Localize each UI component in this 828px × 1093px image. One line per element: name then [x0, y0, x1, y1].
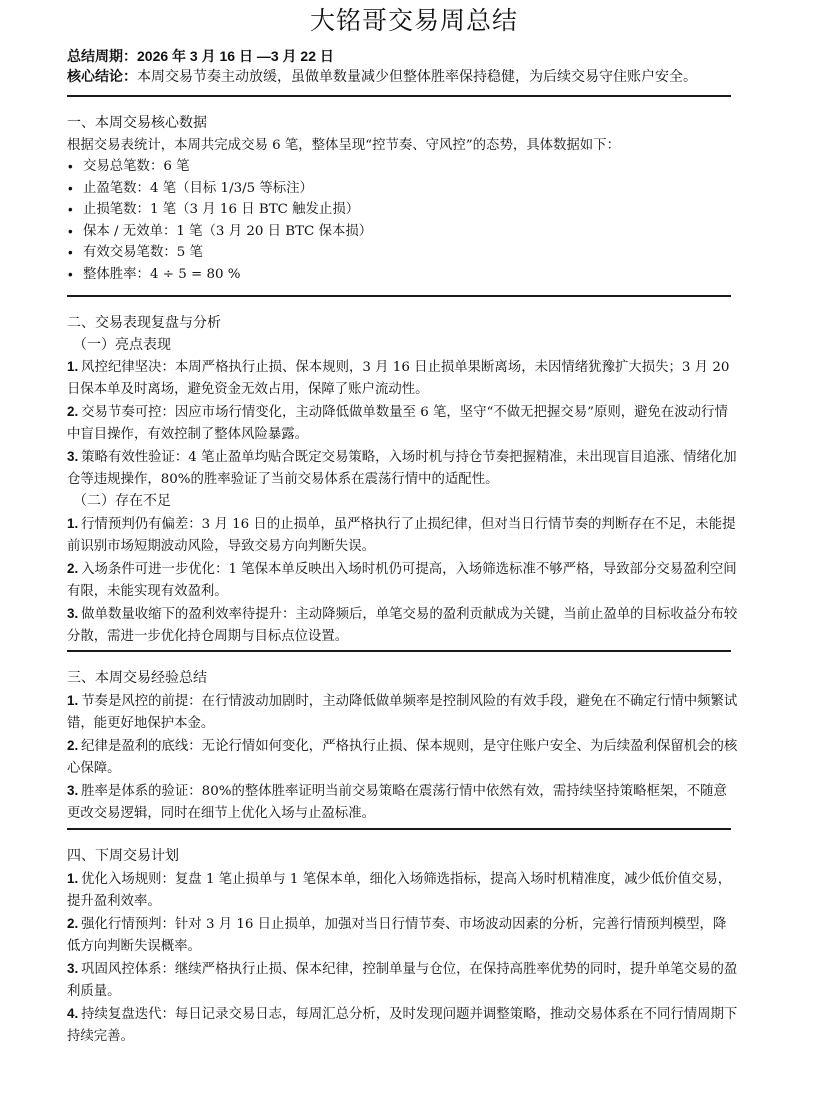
- list-item: 2.交易节奏可控：因应市场行情变化，主动降低做单数量至 6 笔，坚守“不做无把握…: [67, 401, 739, 446]
- subsection-heading-highlights: （一）亮点表现: [73, 335, 739, 357]
- list-item: 2.强化行情预判：针对 3 月 16 日止损单，加强对当日行情节奏、市场波动因素…: [67, 913, 739, 958]
- list-item: 止盈笔数：4 笔（目标 1/3/5 等标注）: [67, 178, 739, 200]
- divider: [67, 828, 731, 830]
- list-item: 整体胜率：4 ÷ 5 = 80 %: [67, 264, 739, 286]
- list-item: 4.持续复盘迭代：每日记录交易日志，每周汇总分析，及时发现问题并调整策略，推动交…: [67, 1003, 739, 1048]
- shortcomings-list: 1.行情预判仍有偏差：3 月 16 日的止损单，虽严格执行了止损纪律，但对当日行…: [67, 513, 739, 648]
- list-item: 2.入场条件可进一步优化：1 笔保本单反映出入场时机仍可提高，入场筛选标准不够严…: [67, 558, 739, 603]
- highlights-list: 1.风控纪律坚决：本周严格执行止损、保本规则，3 月 16 日止损单果断离场，未…: [67, 356, 739, 491]
- document-title: 大铭哥交易周总结: [0, 4, 828, 38]
- divider: [67, 650, 731, 652]
- section-next-week-plan: 四、下周交易计划 1.优化入场规则：复盘 1 笔止损单与 1 笔保本单，细化入场…: [67, 846, 739, 1048]
- period-value: 2026 年 3 月 16 日 —3 月 22 日: [137, 48, 334, 64]
- list-item: 保本 / 无效单：1 笔（3 月 20 日 BTC 保本损）: [67, 221, 739, 243]
- period-label: 总结周期：: [67, 49, 137, 65]
- section-core-data: 一、本周交易核心数据 根据交易表统计，本周共完成交易 6 笔，整体呈现“控节奏、…: [67, 113, 739, 285]
- list-item: 1.行情预判仍有偏差：3 月 16 日的止损单，虽严格执行了止损纪律，但对当日行…: [67, 513, 739, 558]
- list-item: 3.做单数量收缩下的盈利效率待提升：主动降频后，单笔交易的盈利贡献成为关键，当前…: [67, 603, 739, 648]
- list-item: 3.策略有效性验证：4 笔止盈单均贴合既定交易策略，入场时机与持仓节奏把握精准，…: [67, 446, 739, 491]
- subsection-heading-shortcomings: （二）存在不足: [73, 491, 739, 513]
- section-heading: 四、下周交易计划: [67, 846, 739, 868]
- section-review-analysis: 二、交易表现复盘与分析 （一）亮点表现 1.风控纪律坚决：本周严格执行止损、保本…: [67, 313, 739, 648]
- core-data-list: 交易总笔数：6 笔 止盈笔数：4 笔（目标 1/3/5 等标注） 止损笔数：1 …: [67, 156, 739, 285]
- section-experience-summary: 三、本周交易经验总结 1.节奏是风控的前提：在行情波动加剧时，主动降低做单频率是…: [67, 668, 739, 825]
- section-heading: 三、本周交易经验总结: [67, 668, 739, 690]
- list-item: 止损笔数：1 笔（3 月 16 日 BTC 触发止损）: [67, 199, 739, 221]
- conclusion-value: 本周交易节奏主动放缓，虽做单数量减少但整体胜率保持稳健，为后续交易守住账户安全。: [137, 69, 697, 85]
- list-item: 1.节奏是风控的前提：在行情波动加剧时，主动降低做单频率是控制风险的有效手段，避…: [67, 690, 739, 735]
- list-item: 1.优化入场规则：复盘 1 笔止损单与 1 笔保本单，细化入场筛选指标，提高入场…: [67, 868, 739, 913]
- section-intro: 根据交易表统计，本周共完成交易 6 笔，整体呈现“控节奏、守风控”的态势，具体数…: [67, 135, 739, 157]
- list-item: 3.胜率是体系的验证：80%的整体胜率证明当前交易策略在震荡行情中依然有效，需持…: [67, 780, 739, 825]
- list-item: 3.巩固风控体系：继续严格执行止损、保本纪律，控制单量与仓位，在保持高胜率优势的…: [67, 958, 739, 1003]
- section-heading: 一、本周交易核心数据: [67, 113, 739, 135]
- core-conclusion: 核心结论：本周交易节奏主动放缓，虽做单数量减少但整体胜率保持稳健，为后续交易守住…: [67, 67, 697, 87]
- divider: [67, 95, 731, 97]
- list-item: 有效交易笔数：5 笔: [67, 242, 739, 264]
- conclusion-label: 核心结论：: [67, 69, 137, 85]
- experience-list: 1.节奏是风控的前提：在行情波动加剧时，主动降低做单频率是控制风险的有效手段，避…: [67, 690, 739, 825]
- section-heading: 二、交易表现复盘与分析: [67, 313, 739, 335]
- list-item: 2.纪律是盈利的底线：无论行情如何变化，严格执行止损、保本规则，是守住账户安全、…: [67, 735, 739, 780]
- plan-list: 1.优化入场规则：复盘 1 笔止损单与 1 笔保本单，细化入场筛选指标，提高入场…: [67, 868, 739, 1048]
- list-item: 1.风控纪律坚决：本周严格执行止损、保本规则，3 月 16 日止损单果断离场，未…: [67, 356, 739, 401]
- list-item: 交易总笔数：6 笔: [67, 156, 739, 178]
- document-page: 大铭哥交易周总结 总结周期：2026 年 3 月 16 日 —3 月 22 日 …: [0, 0, 828, 1093]
- divider: [67, 295, 731, 297]
- summary-period: 总结周期：2026 年 3 月 16 日 —3 月 22 日: [67, 46, 334, 67]
